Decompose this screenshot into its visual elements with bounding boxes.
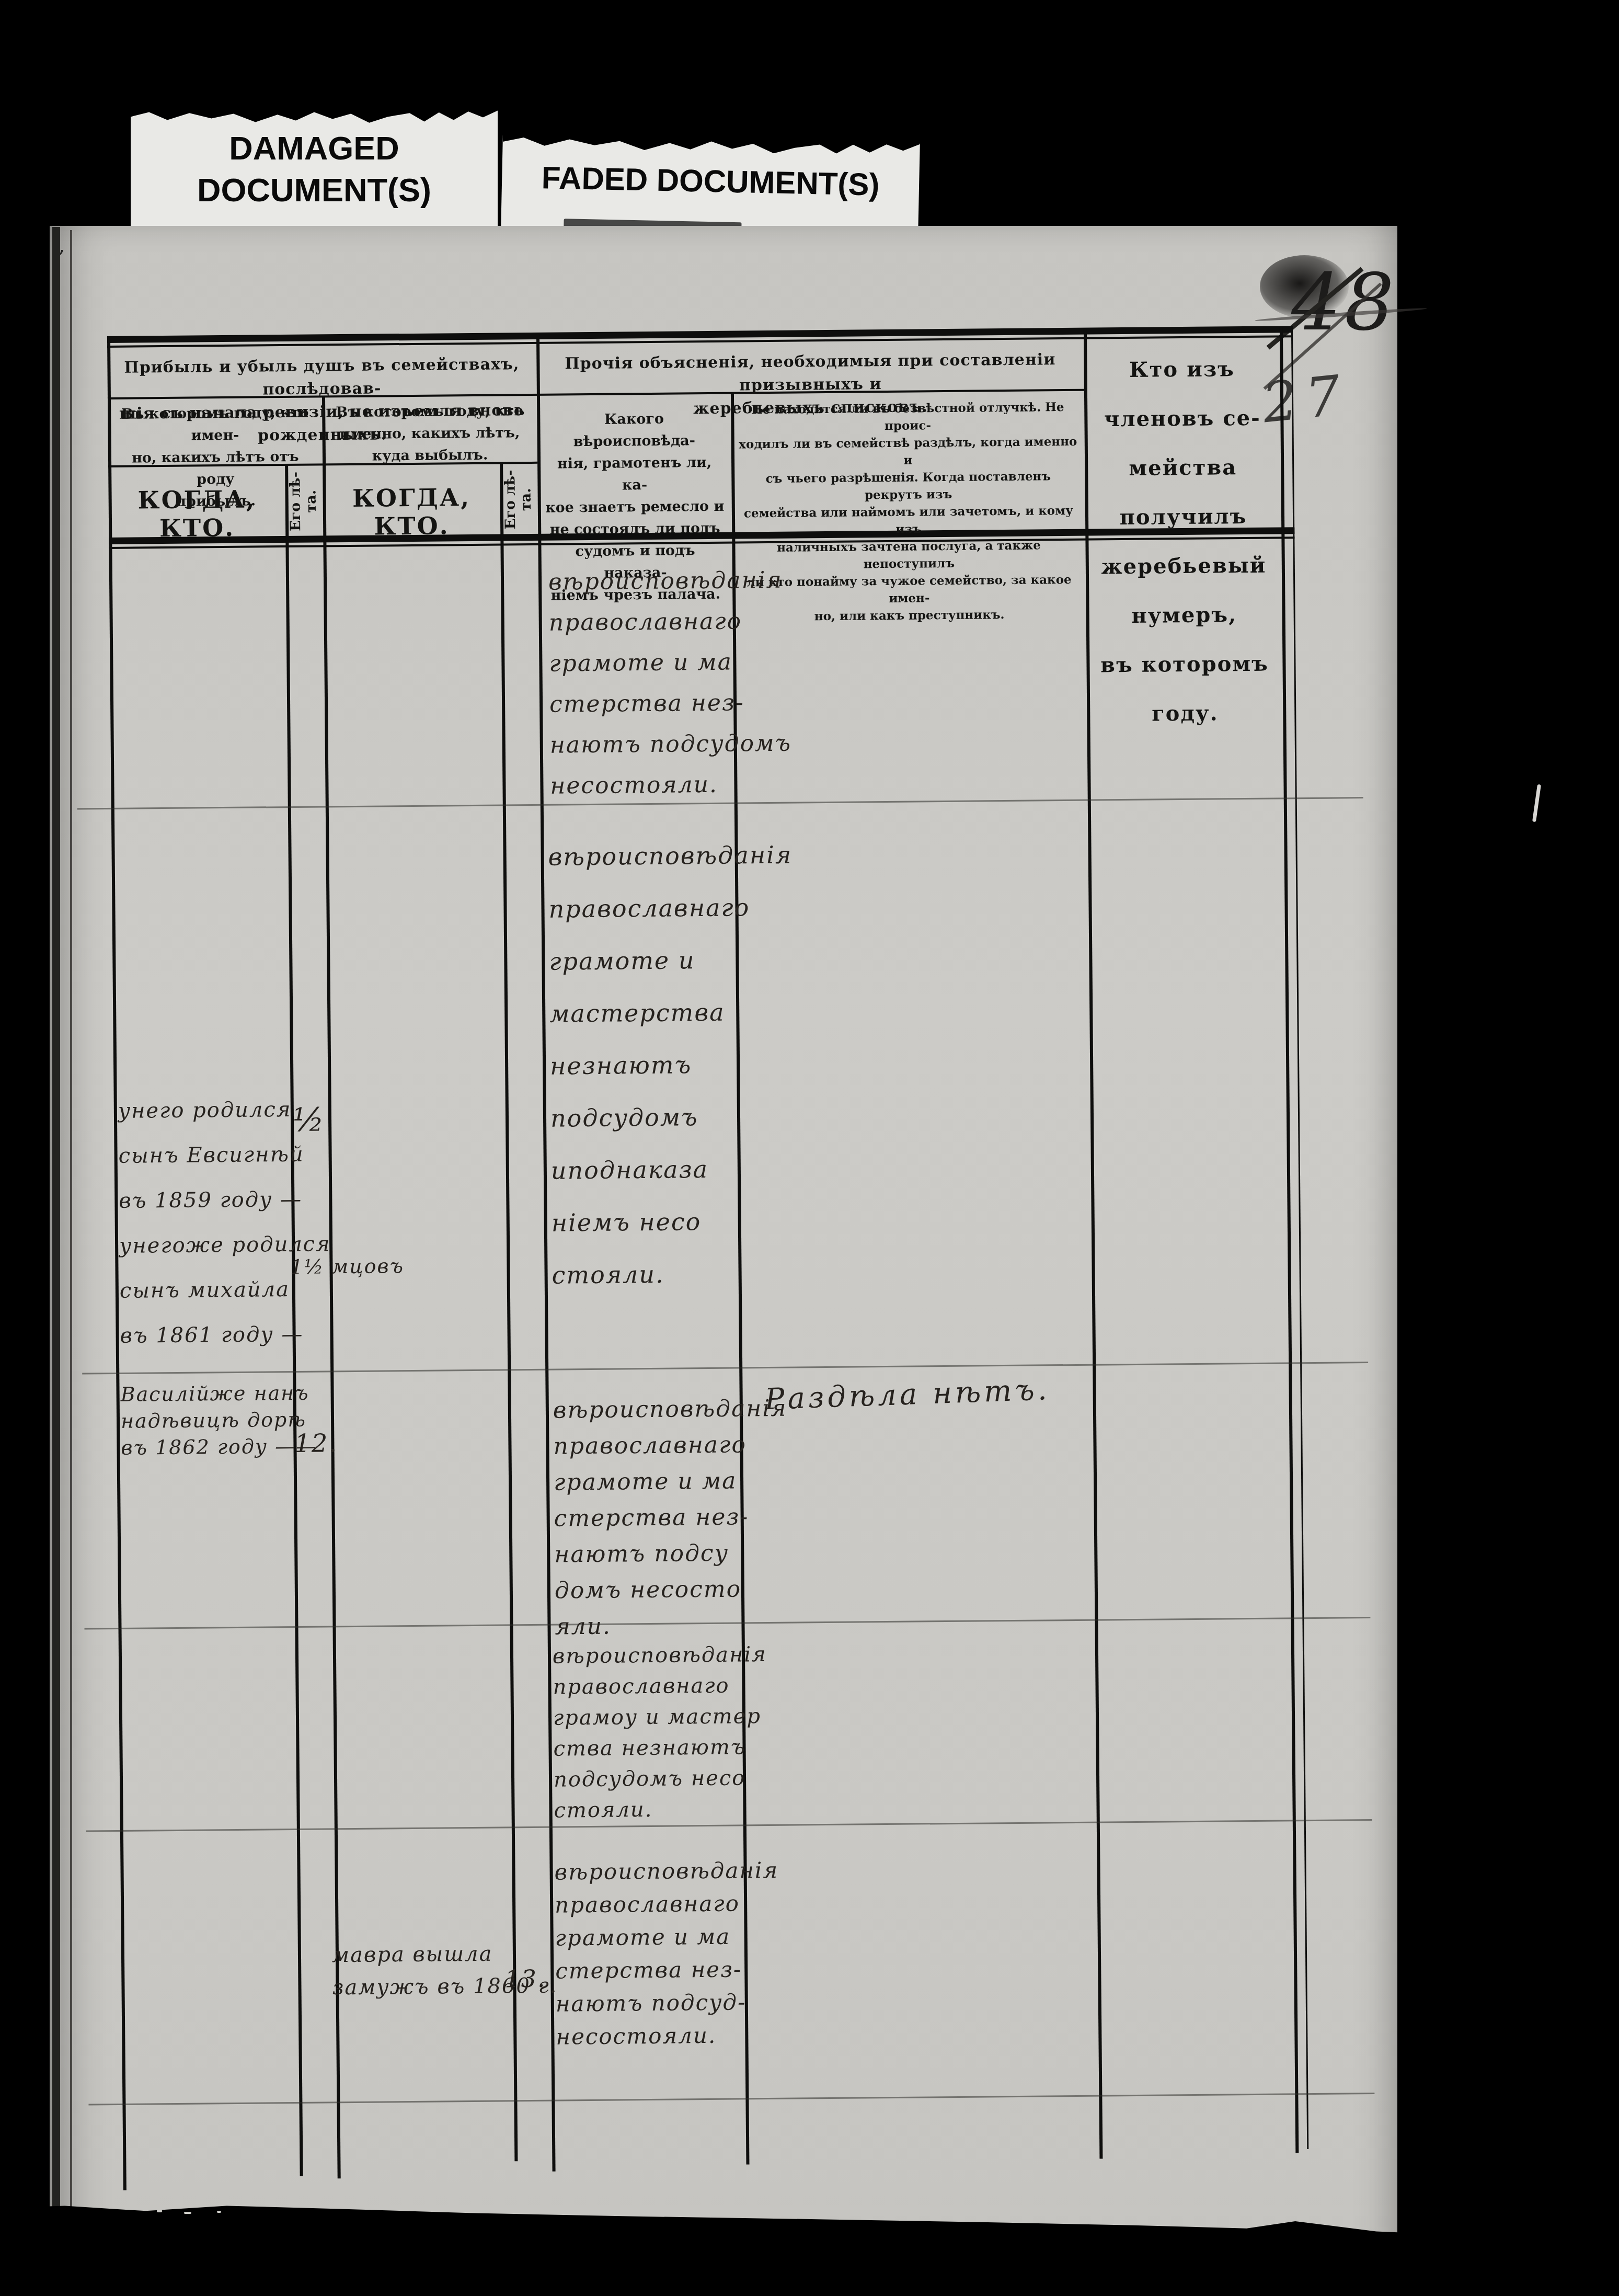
text-line: именно, какихъ лѣтъ, [325,422,534,446]
column-age-departed: Его лѣ-та. [502,467,535,533]
text-line: стерства нез- [555,1952,779,1987]
entry5-religion-note: вѣроисповѣданіяправославнагограмоте и ма… [554,1854,780,2053]
scanned-archive-page: { "labels": { "damaged_line1": "DAMAGED"… [0,0,1619,2296]
entry5-age: 13. [504,1964,546,1993]
header-line: Прибыль и убыль душъ въ семействахъ, пос… [112,353,531,403]
text-line: вѣроисповѣданія [554,1854,778,1889]
text-line: въ которомъ году. [1093,639,1277,739]
text-line: ніемъ несо [551,1195,795,1249]
text-line: Не находится ли въ безвѣстной отлучкѣ. Н… [734,398,1081,436]
text-line: подсудомъ [550,1090,795,1145]
text-line: нія, грамотенъ ли, ка- [543,452,727,497]
text-line: мейства получилъ [1091,443,1276,543]
row-divider [82,1362,1368,1374]
text-line: грамоте и ма [555,1920,779,1955]
paper-speck [217,2211,221,2213]
text-line: домъ несосто [555,1571,789,1609]
column-when-who-arrived: КОГДА, КТО. [108,485,285,543]
text-line: стерства нез- [549,682,791,725]
text-line: вѣроисповѣданія [553,1390,787,1429]
text-line: въ 1859 году — [119,1176,330,1224]
text-line: кое знаетъ ремесло и [543,496,727,519]
text-line: Какого вѣроисповѣда- [542,408,726,453]
entry3-religion-note: вѣроисповѣданіяправославнагограмоте и ма… [553,1390,789,1645]
text-line: стерства нез- [554,1499,788,1537]
text-line: въ 1862 году —— [121,1433,317,1461]
text-line: грамоте и ма [554,1463,788,1501]
text-line: подсудомъ несо [554,1763,768,1796]
paper-speck [157,2210,162,2212]
text-line: мастерства [549,986,794,1040]
text-line: наютъ подсу [554,1535,788,1573]
column-divider-age2 [500,463,518,2161]
table-layer: Прибыль и убыль душъ въ семействахъ, пос… [0,0,1619,2296]
text-line: грамоу и мастер [553,1701,767,1734]
text-line: вѣроисповѣданія [553,1639,767,1672]
text-line: въ 1861 году — [120,1311,331,1358]
text-line: ходилъ ли въ семействѣ раздѣлъ, когда им… [735,433,1082,471]
column-when-who-departed: КОГДА, КТО. [323,483,500,541]
text-line: куда выбылъ. [325,444,535,467]
entry2-age-second: 1½ мцовъ [290,1254,404,1278]
text-line: не состоялъ ли подъ [543,518,727,541]
header-line: Прочія объясненія, необходимыя при соста… [542,348,1079,399]
text-line: Василійже нанъ [120,1380,316,1408]
text-line: вѣроисповѣданія [548,829,792,883]
text-line: несостояли. [550,764,792,807]
header-column-lottery: Кто изъ членовъ се-мейства получилъжереб… [1090,345,1277,739]
text-line: семейства или наймомъ или зачетомъ, и ко… [736,502,1082,540]
entry3-age: 12. [294,1429,338,1458]
text-line: православнаго [548,601,790,644]
text-line: надѣвицѣ дорѣ [121,1407,317,1435]
text-line: Кто изъ членовъ се- [1090,345,1274,444]
entry1-religion-note: вѣроисповѣданіяправославнагограмоте и ма… [548,560,792,807]
text-line: Въ которомъ году, кто имен- [110,402,320,447]
entry2-age-first: ½ [293,1100,326,1139]
entry4-religion-note: вѣроисповѣданіяправославнагограмоу и мас… [553,1639,768,1826]
entry3-division-note: Раздѣла нѣтъ. [764,1373,1051,1417]
text-line: православнаго [553,1426,787,1465]
text-line: несостояли. [556,2018,780,2053]
paper-speck [184,2212,191,2214]
entry2-religion-note: вѣроисповѣданіяправославнагограмоте имас… [548,829,796,1301]
table-right-border [1280,327,1299,2153]
entry3-arrival-note: Василійже нанънадѣвицѣ дорѣвъ 1862 году … [120,1380,317,1461]
text-line: иподнаказа [550,1143,795,1197]
text-line: вѣроисповѣданія [548,560,790,603]
column-age-arrived: Его лѣ-та. [288,469,320,534]
row-divider [88,2093,1374,2105]
text-line: стояли. [552,1247,796,1301]
text-line: наютъ подсуд- [556,1985,780,2020]
text-line: православнаго [553,1670,767,1703]
text-line: жеребьевый нумеръ, [1092,541,1276,641]
subheader-departed: Въ которомъ году, ктоименно, какихъ лѣтъ… [325,400,535,467]
text-line: православнаго [555,1887,779,1922]
text-line: съ чьего разрѣшенія. Когда поставленъ ре… [735,467,1082,505]
text-line: православнаго [548,881,793,935]
text-line: Въ которомъ году, кто [325,400,534,424]
text-line: наютъ подсудомъ [549,723,791,766]
text-line: грамоте и [549,933,793,988]
text-line: грамоте и ма [549,642,791,684]
text-line: ства незнаютъ [553,1732,767,1765]
text-line: незнаютъ [550,1038,794,1092]
text-line: стояли. [554,1794,768,1826]
